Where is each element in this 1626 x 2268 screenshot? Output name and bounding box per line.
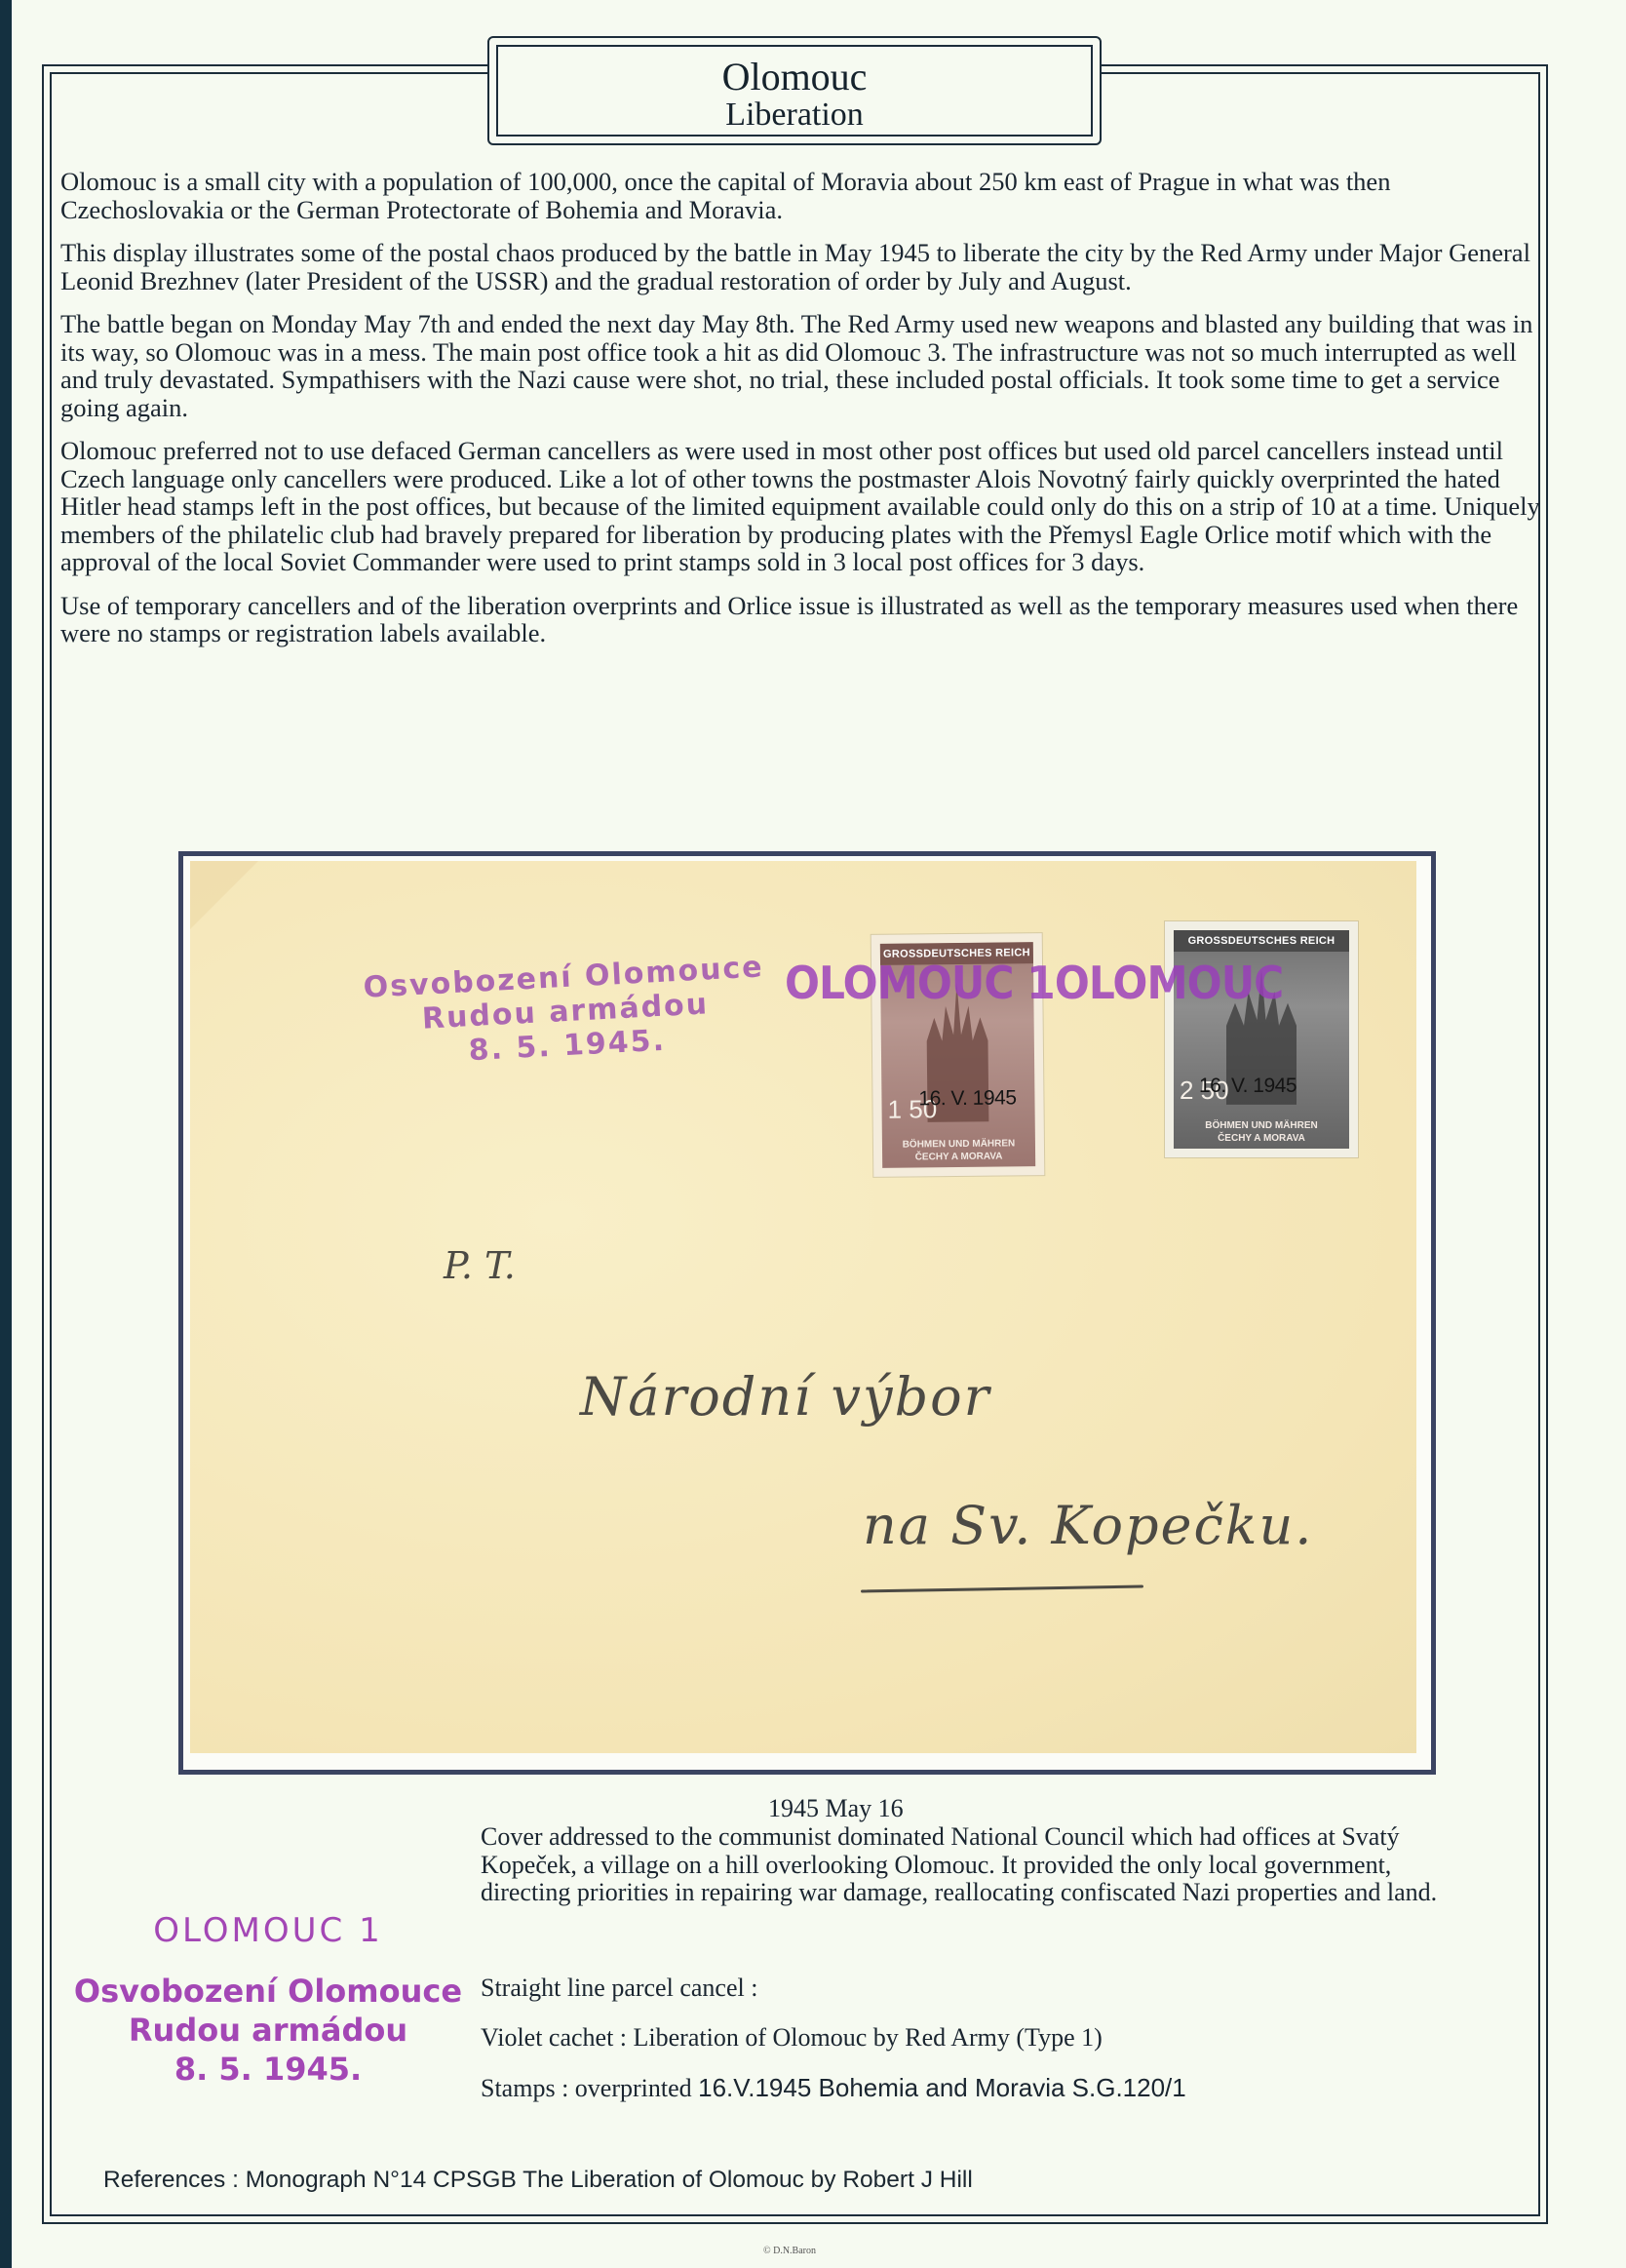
copyright: © D.N.Baron <box>763 2246 816 2256</box>
address-line-2: Národní výbor <box>580 1366 990 1427</box>
parcel-cancel-strike: OLOMOUC 1OLOMOUC <box>785 957 1283 1009</box>
intro-text: Olomouc is a small city with a populatio… <box>60 168 1552 663</box>
note-parcel-cancel: Straight line parcel cancel : <box>481 1975 1186 2002</box>
address-line-3: na Sv. Kopečku. <box>863 1495 1313 1556</box>
scan-edge <box>0 0 12 2268</box>
intro-paragraph: This display illustrates some of the pos… <box>60 239 1552 294</box>
legend-parcel-cancel: OLOMOUC 1 <box>58 1911 478 1950</box>
stamp-header: GROSSDEUTSCHES REICH <box>1174 930 1349 952</box>
address-underline <box>861 1584 1143 1592</box>
note-stamps: Stamps : overprinted 16.V.1945 Bohemia a… <box>481 2074 1186 2102</box>
notes: Straight line parcel cancel : Violet cac… <box>481 1975 1186 2125</box>
intro-paragraph: The battle began on Monday May 7th and e… <box>60 310 1552 421</box>
cover-description: Cover addressed to the communist dominat… <box>481 1823 1475 1907</box>
page-subtitle: Liberation <box>498 98 1091 133</box>
overprint: 16. V. 1945 <box>918 1086 1016 1111</box>
page-title: Olomouc <box>498 57 1091 98</box>
title-box: Olomouc Liberation <box>487 36 1102 145</box>
cover-flap <box>190 861 258 929</box>
cover-mount: Osvobození Olomouce Rudou armádou 8. 5. … <box>178 851 1436 1775</box>
violet-cachet: Osvobození Olomouce Rudou armádou 8. 5. … <box>339 949 793 1075</box>
intro-paragraph: Use of temporary cancellers and of the l… <box>60 592 1552 647</box>
cancel-legend: OLOMOUC 1 Osvobození Olomouce Rudou armá… <box>58 1911 478 2089</box>
postal-cover: Osvobození Olomouce Rudou armádou 8. 5. … <box>190 861 1416 1753</box>
cover-date: 1945 May 16 <box>768 1794 904 1823</box>
references: References : Monograph N°14 CPSGB The Li… <box>103 2167 973 2194</box>
intro-paragraph: Olomouc is a small city with a populatio… <box>60 168 1552 223</box>
address-line-1: P. T. <box>444 1244 516 1287</box>
overprint: 16. V. 1945 <box>1199 1075 1297 1098</box>
intro-paragraph: Olomouc preferred not to use defaced Ger… <box>60 437 1552 576</box>
legend-cachet: Osvobození Olomouce Rudou armádou 8. 5. … <box>58 1972 478 2089</box>
note-violet-cachet: Violet cachet : Liberation of Olomouc by… <box>481 2024 1186 2052</box>
